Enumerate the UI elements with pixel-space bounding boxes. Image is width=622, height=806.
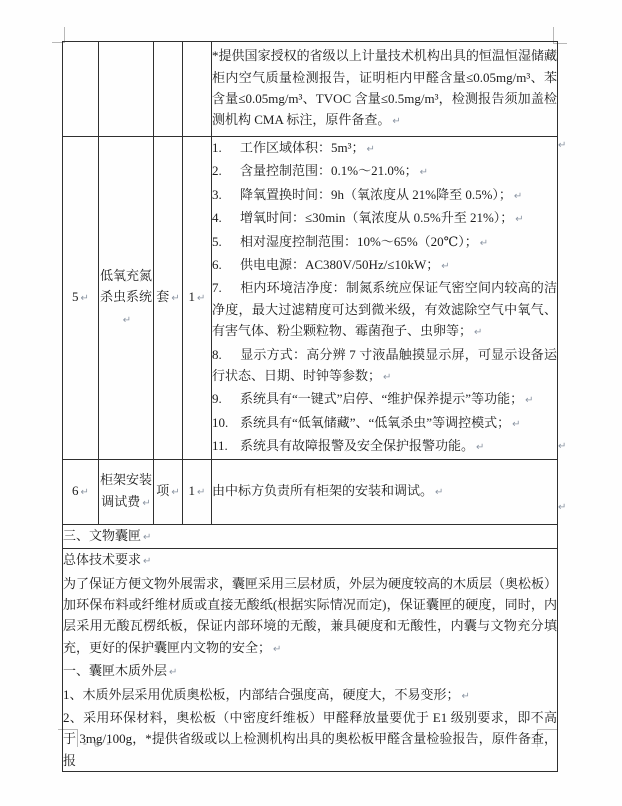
row6-text: 由中标方负责所有柜架的安装和调试。	[212, 483, 433, 498]
row-end-mark-icon: ↵	[558, 441, 566, 452]
spec-item: 8.显示方式：高分辨 7 寸液晶触摸显示屏，可显示设备运行状态、日期、时钟等参数…	[212, 344, 557, 389]
section-title-cell: 三、文物囊匣↵	[63, 524, 558, 548]
requirements-text: 1、木质外层采用优质奥松板，内部结合强度高，硬度大，不易变形；	[63, 687, 460, 702]
table-row-5: 5↵ 低氧充氮杀虫系统↵ 套↵ 1↵ 1.工作区域体积：5m³；↵2.含量控制范…	[63, 137, 558, 460]
spec-item-text: 工作区域体积：5m³；	[240, 140, 365, 155]
spec-item: 4.增氧时间：≤30min（氧浓度从 0.5%升至 21%）；↵	[212, 207, 557, 230]
row6-number: 6	[72, 483, 79, 498]
row5-spec-list: 1.工作区域体积：5m³；↵2.含量控制范围：0.1%～21.0%；↵3.降氧置…	[212, 137, 557, 459]
paragraph-mark-icon: ↵	[420, 167, 428, 178]
spec-item-text: 供电电源：AC380V/50Hz/≤10kW；	[240, 257, 439, 272]
paragraph-mark-icon: ↵	[435, 487, 443, 498]
document-page: *提供国家授权的省级以上计量技术机构出具的恒温恒湿储藏柜内空气质量检测报告，证明…	[0, 0, 622, 806]
paragraph-mark-icon: ↵	[197, 487, 205, 498]
section-title: 三、文物囊匣	[63, 528, 141, 543]
spec-item-number: 5.	[212, 231, 240, 252]
requirements-text: 2、采用环保材料，奥松板（中密度纤维板）甲醛释放量要优于 E1 级别要求，即不高…	[63, 710, 557, 768]
spec-item: 1.工作区域体积：5m³；↵	[212, 137, 557, 160]
table-row-6: 6↵ 柜架安装调试费↵ 项↵ 1↵ 由中标方负责所有柜架的安装和调试。↵	[63, 459, 558, 524]
spec-item: 6.供电电源：AC380V/50Hz/≤10kW；↵	[212, 254, 557, 277]
continuation-unit-cell	[154, 42, 183, 137]
spec-table: *提供国家授权的省级以上计量技术机构出具的恒温恒湿储藏柜内空气质量检测报告，证明…	[62, 41, 558, 772]
requirements-text-block: 总体技术要求↵为了保证方便文物外展需求，囊匣采用三层材质，外层为硬度较高的木质层…	[63, 549, 557, 771]
paragraph-mark-icon: ↵	[525, 395, 533, 406]
paragraph-mark-icon: ↵	[462, 691, 470, 702]
row5-description-cell: 1.工作区域体积：5m³；↵2.含量控制范围：0.1%～21.0%；↵3.降氧置…	[212, 137, 558, 460]
row6-description-cell: 由中标方负责所有柜架的安装和调试。↵	[212, 459, 558, 524]
spec-item-number: 6.	[212, 254, 240, 275]
requirements-text: 一、囊匣木质外层	[63, 663, 167, 678]
paragraph-mark-icon: ↵	[143, 556, 151, 567]
row5-name: 低氧充氮杀虫系统	[100, 268, 152, 304]
spec-item-number: 9.	[212, 388, 240, 409]
row5-qty-cell: 1↵	[183, 137, 212, 460]
spec-item-text: 系统具有“一键式”启停、“维护保养提示”等功能；	[240, 391, 523, 406]
row6-unit-cell: 项↵	[154, 459, 183, 524]
spec-item-text: 增氧时间：≤30min（氧浓度从 0.5%升至 21%）；	[240, 210, 513, 225]
requirements-paragraph: 2、采用环保材料，奥松板（中密度纤维板）甲醛释放量要优于 E1 级别要求，即不高…	[63, 707, 557, 771]
paragraph-mark-icon: ↵	[383, 372, 391, 383]
paragraph-mark-icon: ↵	[476, 442, 484, 453]
paragraph-mark-icon: ↵	[123, 315, 131, 326]
paragraph-mark-icon: ↵	[441, 261, 449, 272]
table-row-continuation: *提供国家授权的省级以上计量技术机构出具的恒温恒湿储藏柜内空气质量检测报告，证明…	[63, 42, 558, 137]
continuation-text: *提供国家授权的省级以上计量技术机构出具的恒温恒湿储藏柜内空气质量检测报告，证明…	[212, 48, 557, 127]
requirements-cell: 总体技术要求↵为了保证方便文物外展需求，囊匣采用三层材质，外层为硬度较高的木质层…	[63, 549, 558, 772]
spec-item-text: 降氧置换时间：9h（氧浓度从 21%降至 0.5%）；	[240, 187, 512, 202]
row6-paragraph: 由中标方负责所有柜架的安装和调试。↵	[212, 480, 557, 503]
continuation-number-cell	[63, 42, 99, 137]
requirements-text: 为了保证方便文物外展需求，囊匣采用三层材质，外层为硬度较高的木质层（奥松板）加环…	[63, 576, 557, 655]
row5-number: 5	[72, 289, 79, 304]
paragraph-mark-icon: ↵	[392, 116, 400, 127]
spec-item-text: 系统具有“低氧储藏”、“低氧杀虫”等调控模式；	[240, 415, 510, 430]
spec-item-number: 8.	[212, 344, 240, 365]
requirements-paragraph: 为了保证方便文物外展需求，囊匣采用三层材质，外层为硬度较高的木质层（奥松板）加环…	[63, 573, 557, 661]
spec-item-number: 10.	[212, 412, 240, 433]
row6-number-cell: 6↵	[63, 459, 99, 524]
spec-item: 7.柜内环境洁净度：制氮系统应保证气密空间内较高的洁净度，最大过滤精度可达到微米…	[212, 277, 557, 343]
row6-name-cell: 柜架安装调试费↵	[99, 459, 154, 524]
row-end-mark-icon: ↵	[558, 502, 566, 513]
row5-unit-cell: 套↵	[154, 137, 183, 460]
requirements-paragraph: 总体技术要求↵	[63, 549, 557, 572]
spec-item: 5.相对湿度控制范围：10%～65%（20℃）；↵	[212, 231, 557, 254]
row5-unit: 套	[156, 289, 169, 304]
spec-item: 10.系统具有“低氧储藏”、“低氧杀虫”等调控模式；↵	[212, 412, 557, 435]
continuation-description-cell: *提供国家授权的省级以上计量技术机构出具的恒温恒湿储藏柜内空气质量检测报告，证明…	[212, 42, 558, 137]
continuation-name-cell	[99, 42, 154, 137]
table-row-section-title: 三、文物囊匣↵	[63, 524, 558, 548]
row5-number-cell: 5↵	[63, 137, 99, 460]
spec-item-number: 7.	[212, 277, 240, 298]
paragraph-mark-icon: ↵	[171, 293, 179, 304]
continuation-paragraph: *提供国家授权的省级以上计量技术机构出具的恒温恒湿储藏柜内空气质量检测报告，证明…	[212, 45, 557, 133]
paragraph-mark-icon: ↵	[367, 144, 375, 155]
paragraph-mark-icon: ↵	[273, 644, 281, 655]
paragraph-mark-icon: ↵	[142, 498, 150, 509]
paragraph-mark-icon: ↵	[474, 327, 482, 338]
spec-item-text: 系统具有故障报警及安全保护报警功能。	[240, 438, 474, 453]
table-row-requirements: 总体技术要求↵为了保证方便文物外展需求，囊匣采用三层材质，外层为硬度较高的木质层…	[63, 549, 558, 772]
spec-item: 3.降氧置换时间：9h（氧浓度从 21%降至 0.5%）；↵	[212, 184, 557, 207]
paragraph-mark-icon: ↵	[197, 293, 205, 304]
spec-item-text: 含量控制范围：0.1%～21.0%；	[240, 163, 418, 178]
paragraph-mark-icon: ↵	[143, 532, 151, 543]
spec-item: 11.系统具有故障报警及安全保护报警功能。↵	[212, 435, 557, 458]
paragraph-mark-icon: ↵	[515, 214, 523, 225]
spec-item-number: 3.	[212, 184, 240, 205]
row5-name-cell: 低氧充氮杀虫系统↵	[99, 137, 154, 460]
paragraph-mark-icon: ↵	[171, 487, 179, 498]
page-number: - 6 -	[83, 738, 112, 750]
row6-unit: 项	[156, 483, 169, 498]
row6-qty: 1	[189, 483, 196, 498]
spec-item: 2.含量控制范围：0.1%～21.0%；↵	[212, 160, 557, 183]
continuation-qty-cell	[183, 42, 212, 137]
spec-item-number: 11.	[212, 435, 240, 456]
row5-qty: 1	[189, 289, 196, 304]
paragraph-mark-icon: ↵	[81, 487, 89, 498]
paragraph-mark-icon: ↵	[169, 667, 177, 678]
paragraph-mark-icon: ↵	[512, 419, 520, 430]
paragraph-mark-icon: ↵	[514, 191, 522, 202]
row6-qty-cell: 1↵	[183, 459, 212, 524]
spec-item-number: 2.	[212, 160, 240, 181]
requirements-paragraph: 一、囊匣木质外层↵	[63, 660, 557, 683]
requirements-paragraph: 1、木质外层采用优质奥松板，内部结合强度高，硬度大，不易变形；↵	[63, 684, 557, 707]
paragraph-mark-icon: ↵	[81, 293, 89, 304]
requirements-text: 总体技术要求	[63, 552, 141, 567]
row-end-mark-icon: ↵	[558, 140, 566, 151]
spec-item-number: 1.	[212, 137, 240, 158]
spec-item-text: 柜内环境洁净度：制氮系统应保证气密空间内较高的洁净度，最大过滤精度可达到微米级，…	[212, 280, 557, 338]
spec-item-number: 4.	[212, 207, 240, 228]
spec-item: 9.系统具有“一键式”启停、“维护保养提示”等功能；↵	[212, 388, 557, 411]
spec-item-text: 相对湿度控制范围：10%～65%（20℃）；	[240, 234, 478, 249]
paragraph-mark-icon: ↵	[480, 238, 488, 249]
